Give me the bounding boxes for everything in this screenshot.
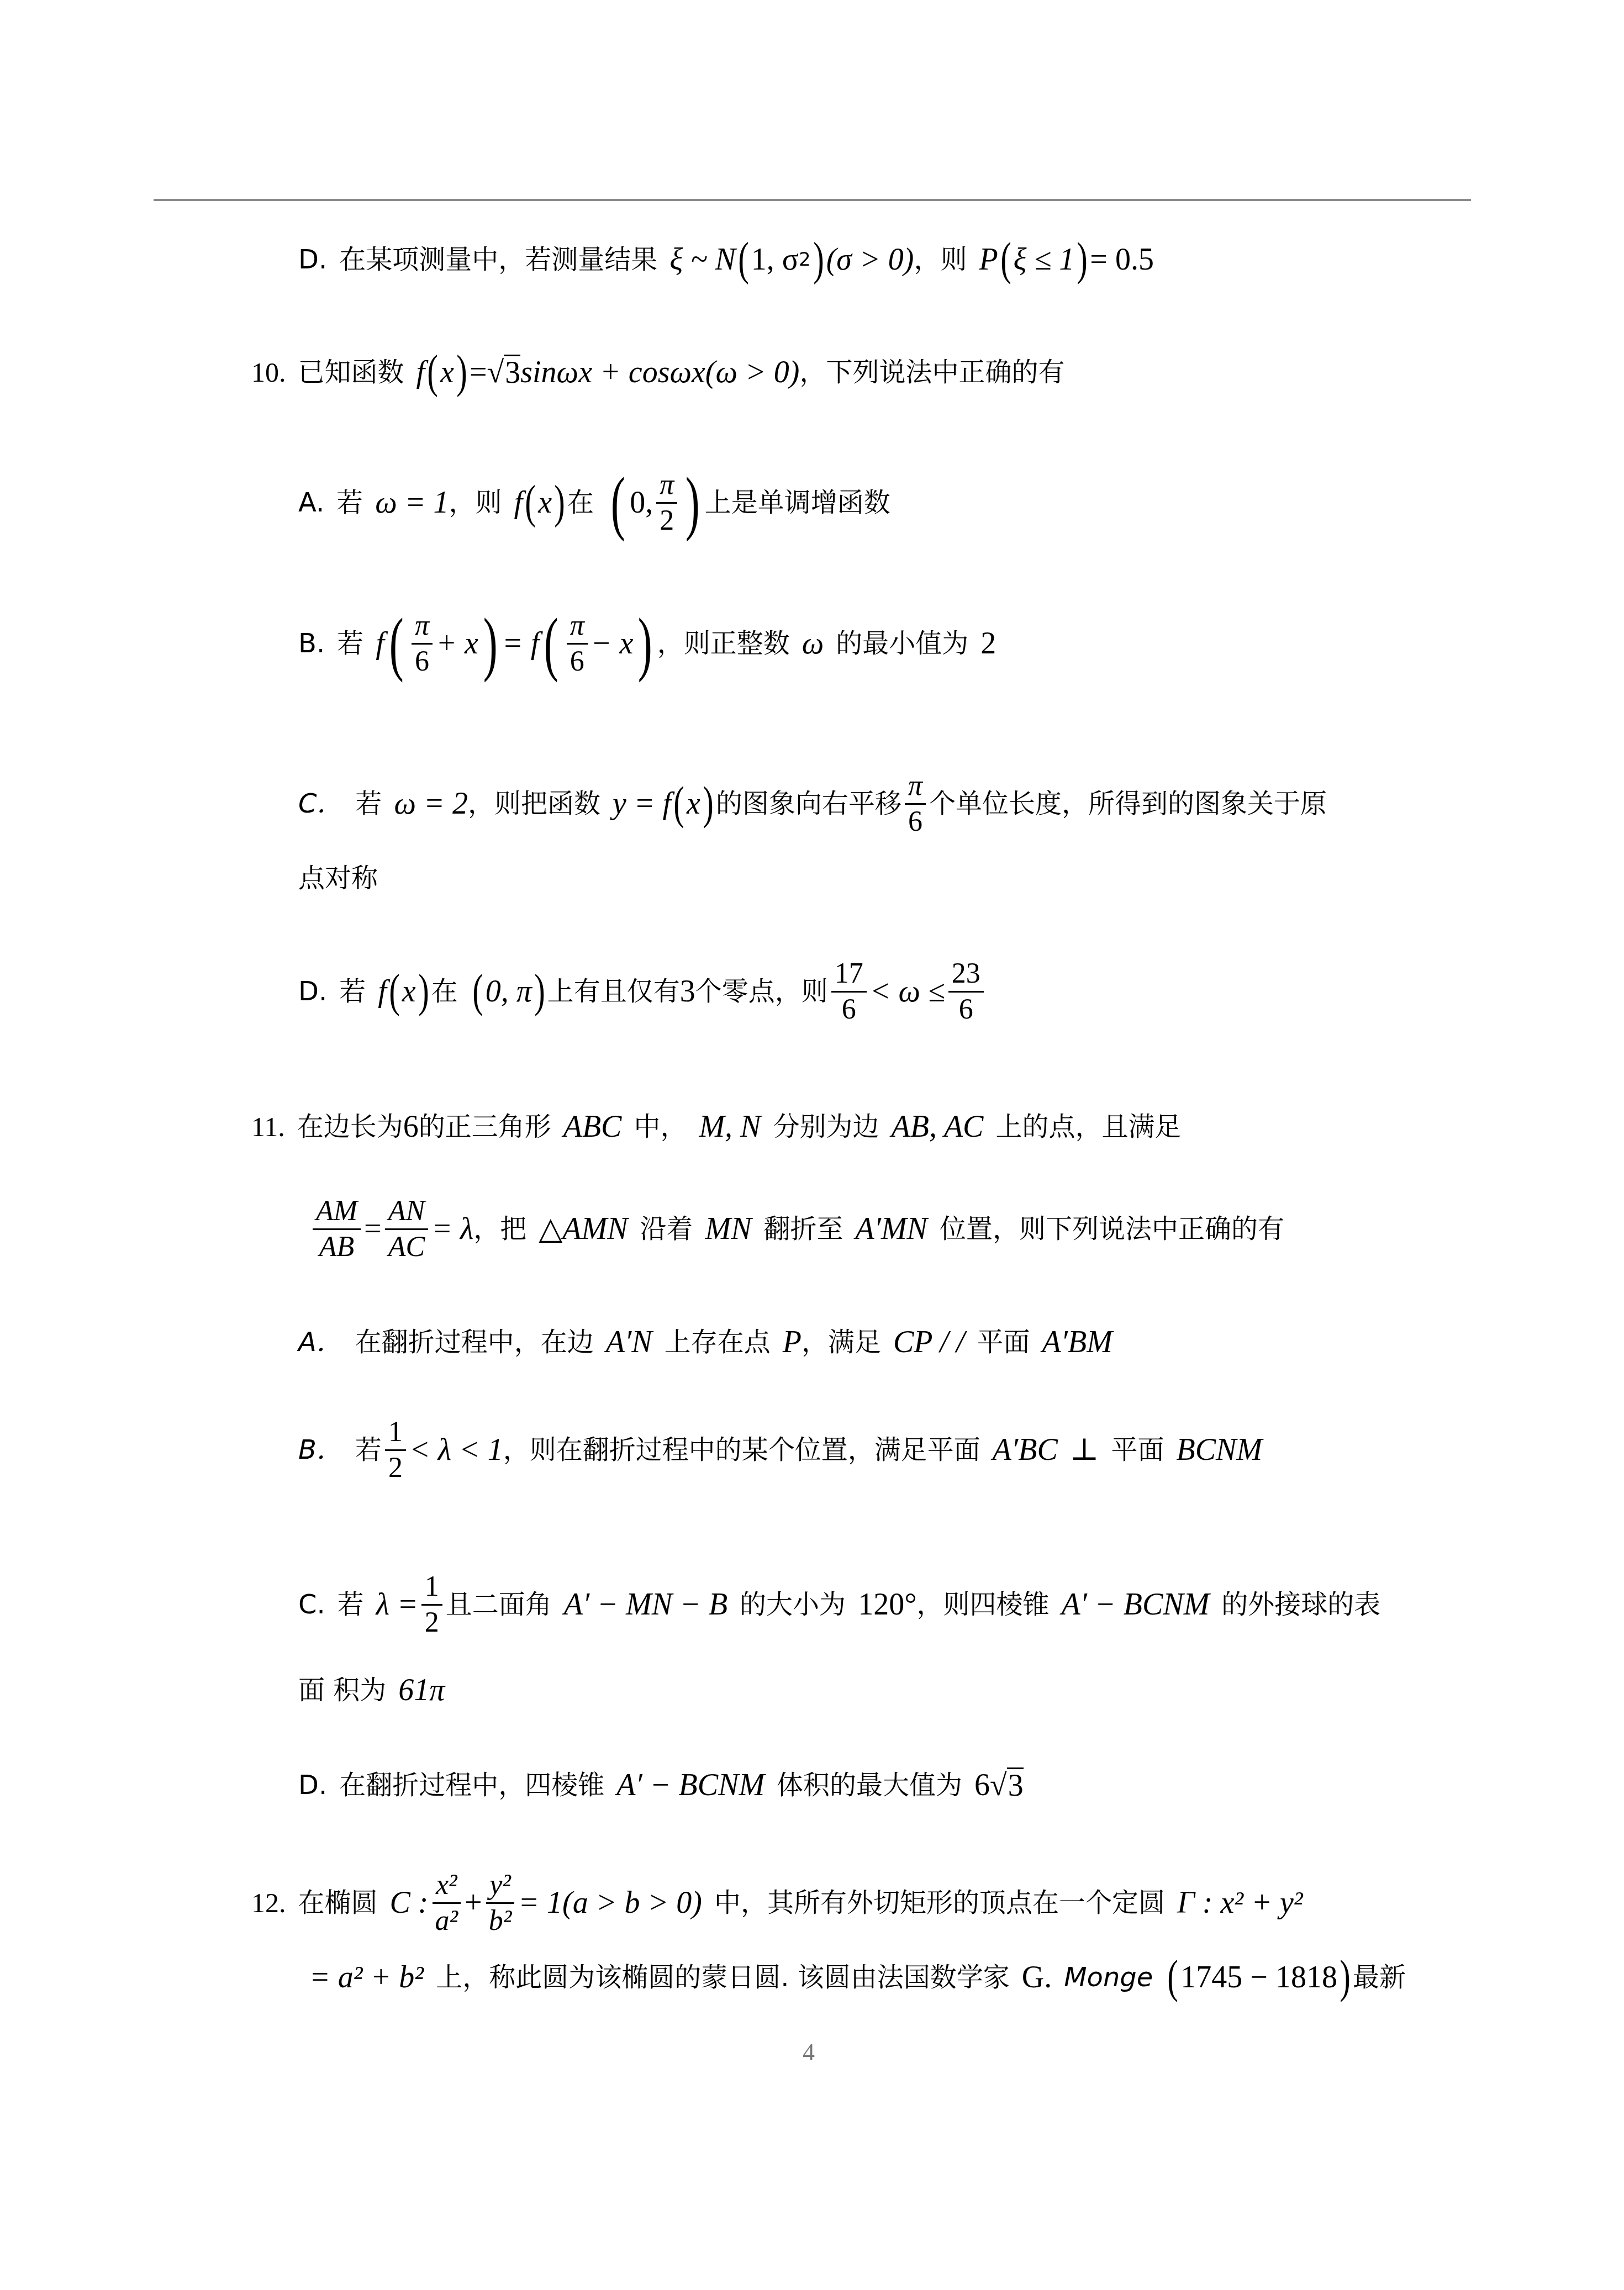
math: x bbox=[440, 356, 454, 389]
option-text: ，则把函数 bbox=[468, 787, 600, 820]
paren-close: ) bbox=[703, 787, 714, 820]
paren-close: ) bbox=[638, 627, 652, 660]
option-text: 在某项测量中，若测量结果 bbox=[339, 243, 657, 276]
option-label: D. bbox=[298, 1769, 327, 1802]
math: 61π bbox=[398, 1674, 445, 1707]
option-text: 上有且仅有 bbox=[547, 975, 680, 1008]
option-text: 个零点，则 bbox=[695, 975, 828, 1008]
math: λ = bbox=[376, 1588, 418, 1621]
question-text: 中， bbox=[634, 1110, 687, 1143]
option-text: 的大小为 bbox=[740, 1588, 846, 1621]
math: ξ ~ N bbox=[669, 243, 736, 276]
math: y = f bbox=[613, 787, 671, 820]
math: (σ > 0) bbox=[826, 243, 914, 276]
math: 3 bbox=[504, 355, 520, 389]
math: 1, σ bbox=[751, 243, 799, 276]
math: A′BM bbox=[1042, 1326, 1112, 1359]
question-text: 在椭圆 bbox=[298, 1886, 378, 1919]
question-text: 沿着 bbox=[640, 1212, 693, 1246]
question-number: 10. bbox=[251, 356, 286, 389]
option-label: C． bbox=[298, 787, 344, 820]
q12-stem: 12. 在椭圆 C : x²a² + y²b² = 1(a > b > 0) 中… bbox=[251, 1867, 1303, 1939]
math: ⊥ bbox=[1070, 1433, 1099, 1466]
math: 2 bbox=[980, 627, 996, 660]
math: 120° bbox=[858, 1588, 916, 1621]
math: A′ − MN − B bbox=[564, 1588, 727, 1621]
q10-stem: 10. 已知函数 f ( x ) = √3 sinωx + cosωx(ω > … bbox=[251, 355, 1064, 389]
math: A′N bbox=[606, 1326, 652, 1359]
question-text: 在边长为 bbox=[297, 1110, 403, 1143]
option-text: 面 积为 bbox=[298, 1674, 386, 1707]
fraction: AMAB bbox=[313, 1194, 361, 1264]
option-label: A. bbox=[298, 486, 324, 519]
paren-close: ) bbox=[554, 486, 565, 519]
question-text: 上，称此圆为该椭圆的蒙日圆. 该圆由法国数学家 bbox=[436, 1961, 1010, 1994]
option-text: 若 bbox=[339, 975, 366, 1008]
q10-option-a: A. 若 ω = 1 ，则 f (x) 在 ( 0, π2 ) 上是单调增函数 bbox=[298, 469, 890, 536]
math: 6 bbox=[974, 1769, 990, 1802]
math: ω = 1 bbox=[375, 486, 449, 519]
paren-open: ( bbox=[1168, 1961, 1179, 1994]
question-number: 12. bbox=[251, 1886, 286, 1919]
fraction: x²a² bbox=[432, 1868, 462, 1938]
option-text: 的外接球的表 bbox=[1221, 1588, 1380, 1621]
math: Γ : x² + y² bbox=[1177, 1886, 1303, 1919]
paren-close: ) bbox=[813, 243, 824, 276]
math: 3 bbox=[1007, 1767, 1024, 1802]
fraction: 12 bbox=[421, 1570, 442, 1640]
option-label: A． bbox=[298, 1326, 343, 1359]
option-text: 在 bbox=[567, 486, 594, 519]
option-text: 上存在点 bbox=[665, 1326, 771, 1359]
q11-option-c: C. 若 λ = 12 且二面角 A′ − MN − B 的大小为 120° ，… bbox=[298, 1569, 1380, 1640]
q9-option-d: D. 在某项测量中，若测量结果 ξ ~ N ( 1, σ2 ) (σ > 0) … bbox=[298, 243, 1154, 276]
option-text: ，则正整数 bbox=[657, 627, 790, 660]
question-text: 上的点，且满足 bbox=[995, 1110, 1181, 1143]
question-text: 中，其所有外切矩形的顶点在一个定圆 bbox=[714, 1886, 1165, 1919]
math: BCNM bbox=[1177, 1433, 1263, 1466]
math: CP / / bbox=[893, 1326, 965, 1359]
math: + x bbox=[436, 627, 478, 660]
fraction: π2 bbox=[656, 468, 677, 538]
math: A′BC bbox=[993, 1433, 1058, 1466]
sqrt-sign: √ bbox=[487, 356, 504, 389]
math: − x bbox=[591, 627, 634, 660]
paren-open: ( bbox=[1000, 243, 1011, 276]
paren-close: ) bbox=[418, 975, 429, 1008]
paren-close: ) bbox=[483, 627, 497, 660]
fraction: 12 bbox=[385, 1415, 406, 1485]
option-text: 个单位长度，所得到的图象关于原 bbox=[929, 787, 1327, 820]
paren-close: ) bbox=[1077, 243, 1088, 276]
math: = bbox=[364, 1212, 382, 1246]
q10-option-c-cont: 点对称 bbox=[298, 862, 378, 895]
paren-close: ) bbox=[534, 975, 545, 1008]
fraction: π6 bbox=[412, 609, 433, 679]
math: P bbox=[783, 1326, 802, 1359]
option-label: B. bbox=[298, 627, 325, 660]
fraction: ANAC bbox=[385, 1194, 428, 1264]
math: < λ < 1 bbox=[409, 1433, 503, 1466]
option-label: D. bbox=[298, 243, 327, 276]
paren-close: ) bbox=[686, 486, 700, 519]
math: ω = 2 bbox=[394, 787, 468, 820]
math: ABC bbox=[563, 1110, 622, 1143]
fraction: 236 bbox=[948, 957, 984, 1027]
paren-open: ( bbox=[389, 627, 403, 660]
question-text: 位置，则下列说法中正确的有 bbox=[940, 1212, 1284, 1246]
option-text: 上是单调增函数 bbox=[705, 486, 890, 519]
question-text: 最新 bbox=[1353, 1961, 1406, 1994]
q11-option-d: D. 在翻折过程中，四棱锥 A′ − BCNM 体积的最大值为 6√3 bbox=[298, 1767, 1024, 1802]
option-label: D. bbox=[298, 975, 327, 1008]
math: f bbox=[376, 627, 384, 660]
fraction: π6 bbox=[567, 609, 588, 679]
q11-option-a: A． 在翻折过程中，在边 A′N 上存在点 P ，满足 CP / / 平面 A′… bbox=[298, 1326, 1112, 1359]
math: M, N bbox=[699, 1110, 761, 1143]
option-text: 若 bbox=[338, 1588, 364, 1621]
math: + bbox=[465, 1886, 482, 1919]
option-text: ，则 bbox=[449, 486, 502, 519]
math: f bbox=[378, 975, 387, 1008]
math: △AMN bbox=[539, 1212, 628, 1246]
option-label: C. bbox=[298, 1588, 325, 1621]
paren-open: ( bbox=[389, 975, 400, 1008]
q10-option-b: B. 若 f ( π6 + x ) = f ( π6 − x ) ，则正整数 ω… bbox=[298, 608, 996, 679]
math: ω bbox=[802, 627, 824, 660]
question-number: 11. bbox=[251, 1110, 285, 1143]
q10-option-c: C． 若 ω = 2 ，则把函数 y = f (x) 的图象向右平移 π6 个单… bbox=[298, 773, 1327, 834]
option-text: 的最小值为 bbox=[836, 627, 968, 660]
option-text: 平面 bbox=[1111, 1433, 1164, 1466]
paren-open: ( bbox=[611, 486, 625, 519]
math: G. bbox=[1022, 1961, 1052, 1994]
option-text: 点对称 bbox=[298, 862, 378, 895]
option-text: ，则四棱锥 bbox=[917, 1588, 1050, 1621]
math: P bbox=[979, 243, 998, 276]
math-sup: 2 bbox=[799, 243, 811, 276]
paren-open: ( bbox=[472, 975, 483, 1008]
option-text: 若 bbox=[355, 1433, 382, 1466]
paren-close: ) bbox=[456, 356, 467, 389]
page-number: 4 bbox=[803, 2038, 815, 2066]
math: sinωx + cosωx(ω > 0) bbox=[520, 356, 799, 389]
paren-close: ) bbox=[1340, 1961, 1351, 1994]
fraction: 176 bbox=[831, 957, 867, 1027]
math: ξ ≤ 1 bbox=[1014, 243, 1075, 276]
q12-stem-cont: = a² + b² 上，称此圆为该椭圆的蒙日圆. 该圆由法国数学家 G. Mon… bbox=[309, 1961, 1406, 1994]
math: = f bbox=[502, 627, 539, 660]
q11-condition: AMAB = ANAC = λ ，把 △AMN 沿着 MN 翻折至 A′MN 位… bbox=[309, 1193, 1284, 1265]
mathematician-name: Monge bbox=[1064, 1961, 1153, 1994]
math: = λ bbox=[431, 1212, 473, 1246]
option-text: 在翻折过程中，在边 bbox=[355, 1326, 594, 1359]
paren-open: ( bbox=[544, 627, 558, 660]
math: A′MN bbox=[856, 1212, 927, 1246]
math: MN bbox=[705, 1212, 752, 1246]
question-text: 翻折至 bbox=[764, 1212, 843, 1246]
math: = a² + b² bbox=[309, 1961, 424, 1994]
paren-open: ( bbox=[738, 243, 749, 276]
option-text: 若 bbox=[336, 486, 363, 519]
fraction: y²b² bbox=[486, 1868, 515, 1938]
question-text: ，下列说法中正确的有 bbox=[799, 356, 1064, 389]
math: = bbox=[470, 356, 487, 389]
q11-option-c-cont: 面 积为 61π bbox=[298, 1674, 445, 1707]
math: < ω ≤ bbox=[870, 975, 945, 1008]
math: A′ − BCNM bbox=[1062, 1588, 1210, 1621]
question-text: 分别为边 bbox=[773, 1110, 879, 1143]
math: = 0.5 bbox=[1090, 243, 1154, 276]
q11-option-b: B． 若 12 < λ < 1 ，则在翻折过程中的某个位置，满足平面 A′BC … bbox=[298, 1414, 1262, 1486]
option-text: 在 bbox=[431, 975, 458, 1008]
option-text: 在翻折过程中，四棱锥 bbox=[339, 1769, 604, 1802]
math: = 1(a > b > 0) bbox=[518, 1886, 702, 1919]
question-text: ，把 bbox=[473, 1212, 526, 1246]
math: 3 bbox=[680, 975, 695, 1008]
header-rule bbox=[154, 199, 1471, 201]
math: x bbox=[402, 975, 416, 1008]
sqrt-sign: √ bbox=[990, 1769, 1007, 1802]
option-text: 体积的最大值为 bbox=[777, 1769, 962, 1802]
math: A′ − BCNM bbox=[616, 1769, 764, 1802]
question-text: 已知函数 bbox=[298, 356, 404, 389]
math: x bbox=[538, 486, 552, 519]
option-text: 且二面角 bbox=[446, 1588, 552, 1621]
math: 6 bbox=[403, 1110, 419, 1143]
option-text: 的图象向右平移 bbox=[716, 787, 901, 820]
math: f bbox=[416, 356, 425, 389]
math: 1745 − 1818 bbox=[1180, 1961, 1337, 1994]
math: AB, AC bbox=[891, 1110, 983, 1143]
q10-option-d: D. 若 f (x) 在 (0, π) 上有且仅有 3 个零点，则 176 < … bbox=[298, 956, 987, 1027]
paren-open: ( bbox=[673, 787, 684, 820]
math: 0, bbox=[630, 486, 653, 519]
math: C : bbox=[390, 1886, 429, 1919]
option-text: ，则在翻折过程中的某个位置，满足平面 bbox=[503, 1433, 980, 1466]
option-text: 若 bbox=[337, 627, 363, 660]
math: 0, π bbox=[486, 975, 532, 1008]
option-text: ，满足 bbox=[802, 1326, 881, 1359]
option-text: ，则 bbox=[914, 243, 967, 276]
question-text: 的正三角形 bbox=[419, 1110, 551, 1143]
paren-open: ( bbox=[427, 356, 438, 389]
option-label: B． bbox=[298, 1433, 343, 1466]
q11-stem: 11. 在边长为 6 的正三角形 ABC 中， M, N 分别为边 AB, AC… bbox=[251, 1110, 1181, 1143]
math: x bbox=[687, 787, 700, 820]
math: f bbox=[514, 486, 523, 519]
option-text: 若 bbox=[356, 787, 382, 820]
fraction: π6 bbox=[905, 769, 926, 839]
paren-open: ( bbox=[525, 486, 536, 519]
option-text: 平面 bbox=[977, 1326, 1030, 1359]
